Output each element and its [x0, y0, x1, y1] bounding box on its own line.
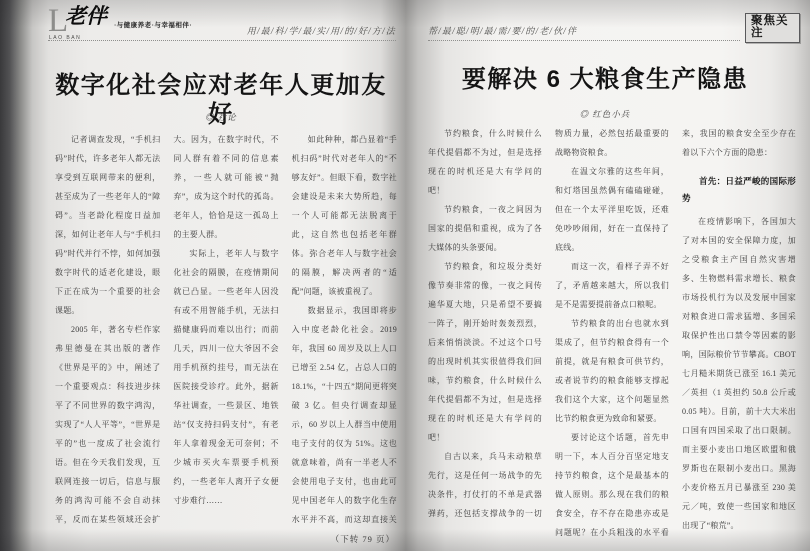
- paragraph: 记者调查发现，“手机扫码”时代，许多老年人都无法享受到互联网带来的便利，甚至成为…: [55, 130, 160, 320]
- magazine-logo: L LAO BAN 老伴 ·与健康养老·与幸福相伴·: [48, 11, 216, 37]
- paragraph: 实际上，老年人与数字化社会的隔膜，在疫情期间就已凸显。一些老年人因没有或不用智能…: [173, 244, 278, 510]
- magazine-spread: L LAO BAN 老伴 ·与健康养老·与幸福相伴· 用/最/科/学/最/实/用…: [0, 0, 810, 551]
- paragraph: 而这一次，看样子弄不好了，矛盾越来越大，所以我们是不是需要提前备点口粮呢。: [555, 257, 669, 314]
- logo-tagline: ·与健康养老·与幸福相伴·: [114, 20, 192, 29]
- continuation-note: （下转 79 页）: [331, 533, 395, 545]
- logo-script-title: 老伴: [65, 5, 107, 28]
- left-page-header: L LAO BAN 老伴 ·与健康养老·与幸福相伴· 用/最/科/学/最/实/用…: [48, 13, 396, 41]
- right-article-title: 要解决 6 大粮食生产隐患: [423, 66, 787, 95]
- right-article-body: 节约粮食，什么时候什么年代提倡都不为过，但是选择现在的时机还是大有学问的吧！ 节…: [428, 124, 796, 545]
- left-header-slogan: 用/最/科/学/最/实/用/的/好/方/法: [247, 24, 396, 37]
- right-header-slogan: 帮/最/聪/明/最/需/要/的/老/伙/伴: [428, 24, 577, 37]
- paragraph: 节约粮食，一夜之间因为国家的提倡和重视，成为了各大媒体的头条要闻。: [428, 200, 542, 257]
- paragraph: 在温文尔雅的这些年间，和灯塔国虽然偶有磕磕碰碰，但在一个太平洋里吃饭，还难免吵吵…: [555, 162, 669, 257]
- right-page: 帮/最/聪/明/最/需/要/的/老/伙/伴 聚焦关注 要解决 6 大粮食生产隐患…: [405, 0, 800, 551]
- left-article-byline: ◎ 社论: [50, 111, 392, 123]
- paragraph: 节约粮食的出台也就水到渠成了，但节约粮食得有一个前提，就是有粮食可供节约，或者说…: [555, 314, 669, 428]
- focus-badge: 聚焦关注: [745, 13, 800, 43]
- paragraph: 节约粮食，什么时候什么年代提倡都不为过，但是选择现在的时机还是大有学问的吧！: [428, 124, 542, 200]
- left-page: L LAO BAN 老伴 ·与健康养老·与幸福相伴· 用/最/科/学/最/实/用…: [30, 0, 405, 551]
- paragraph: 在疫情影响下，各国加大了对本国的安全保障力度，加之受粮食主产国自然灾害增多、生物…: [682, 212, 796, 535]
- logo-name: LAO BAN: [49, 35, 81, 41]
- left-article-body: 记者调查发现，“手机扫码”时代，许多老年人都无法享受到互联网带来的便利，甚至成为…: [55, 130, 397, 542]
- section-heading: 首先：日益严峻的国际形势: [682, 173, 796, 207]
- paragraph: 节约粮食，和垃圾分类好像节奏非常的像，一夜之间传遍华夏大地，只是希望不要搞一阵子…: [428, 257, 542, 447]
- paragraph: 如此种种，都凸显着“手机扫码”时代对老年人的“不够友好”。但眼下看，数字社会建设…: [292, 130, 397, 301]
- right-article-byline: ◎ 红色小兵: [423, 108, 787, 120]
- right-page-header: 帮/最/聪/明/最/需/要/的/老/伙/伴: [428, 13, 740, 41]
